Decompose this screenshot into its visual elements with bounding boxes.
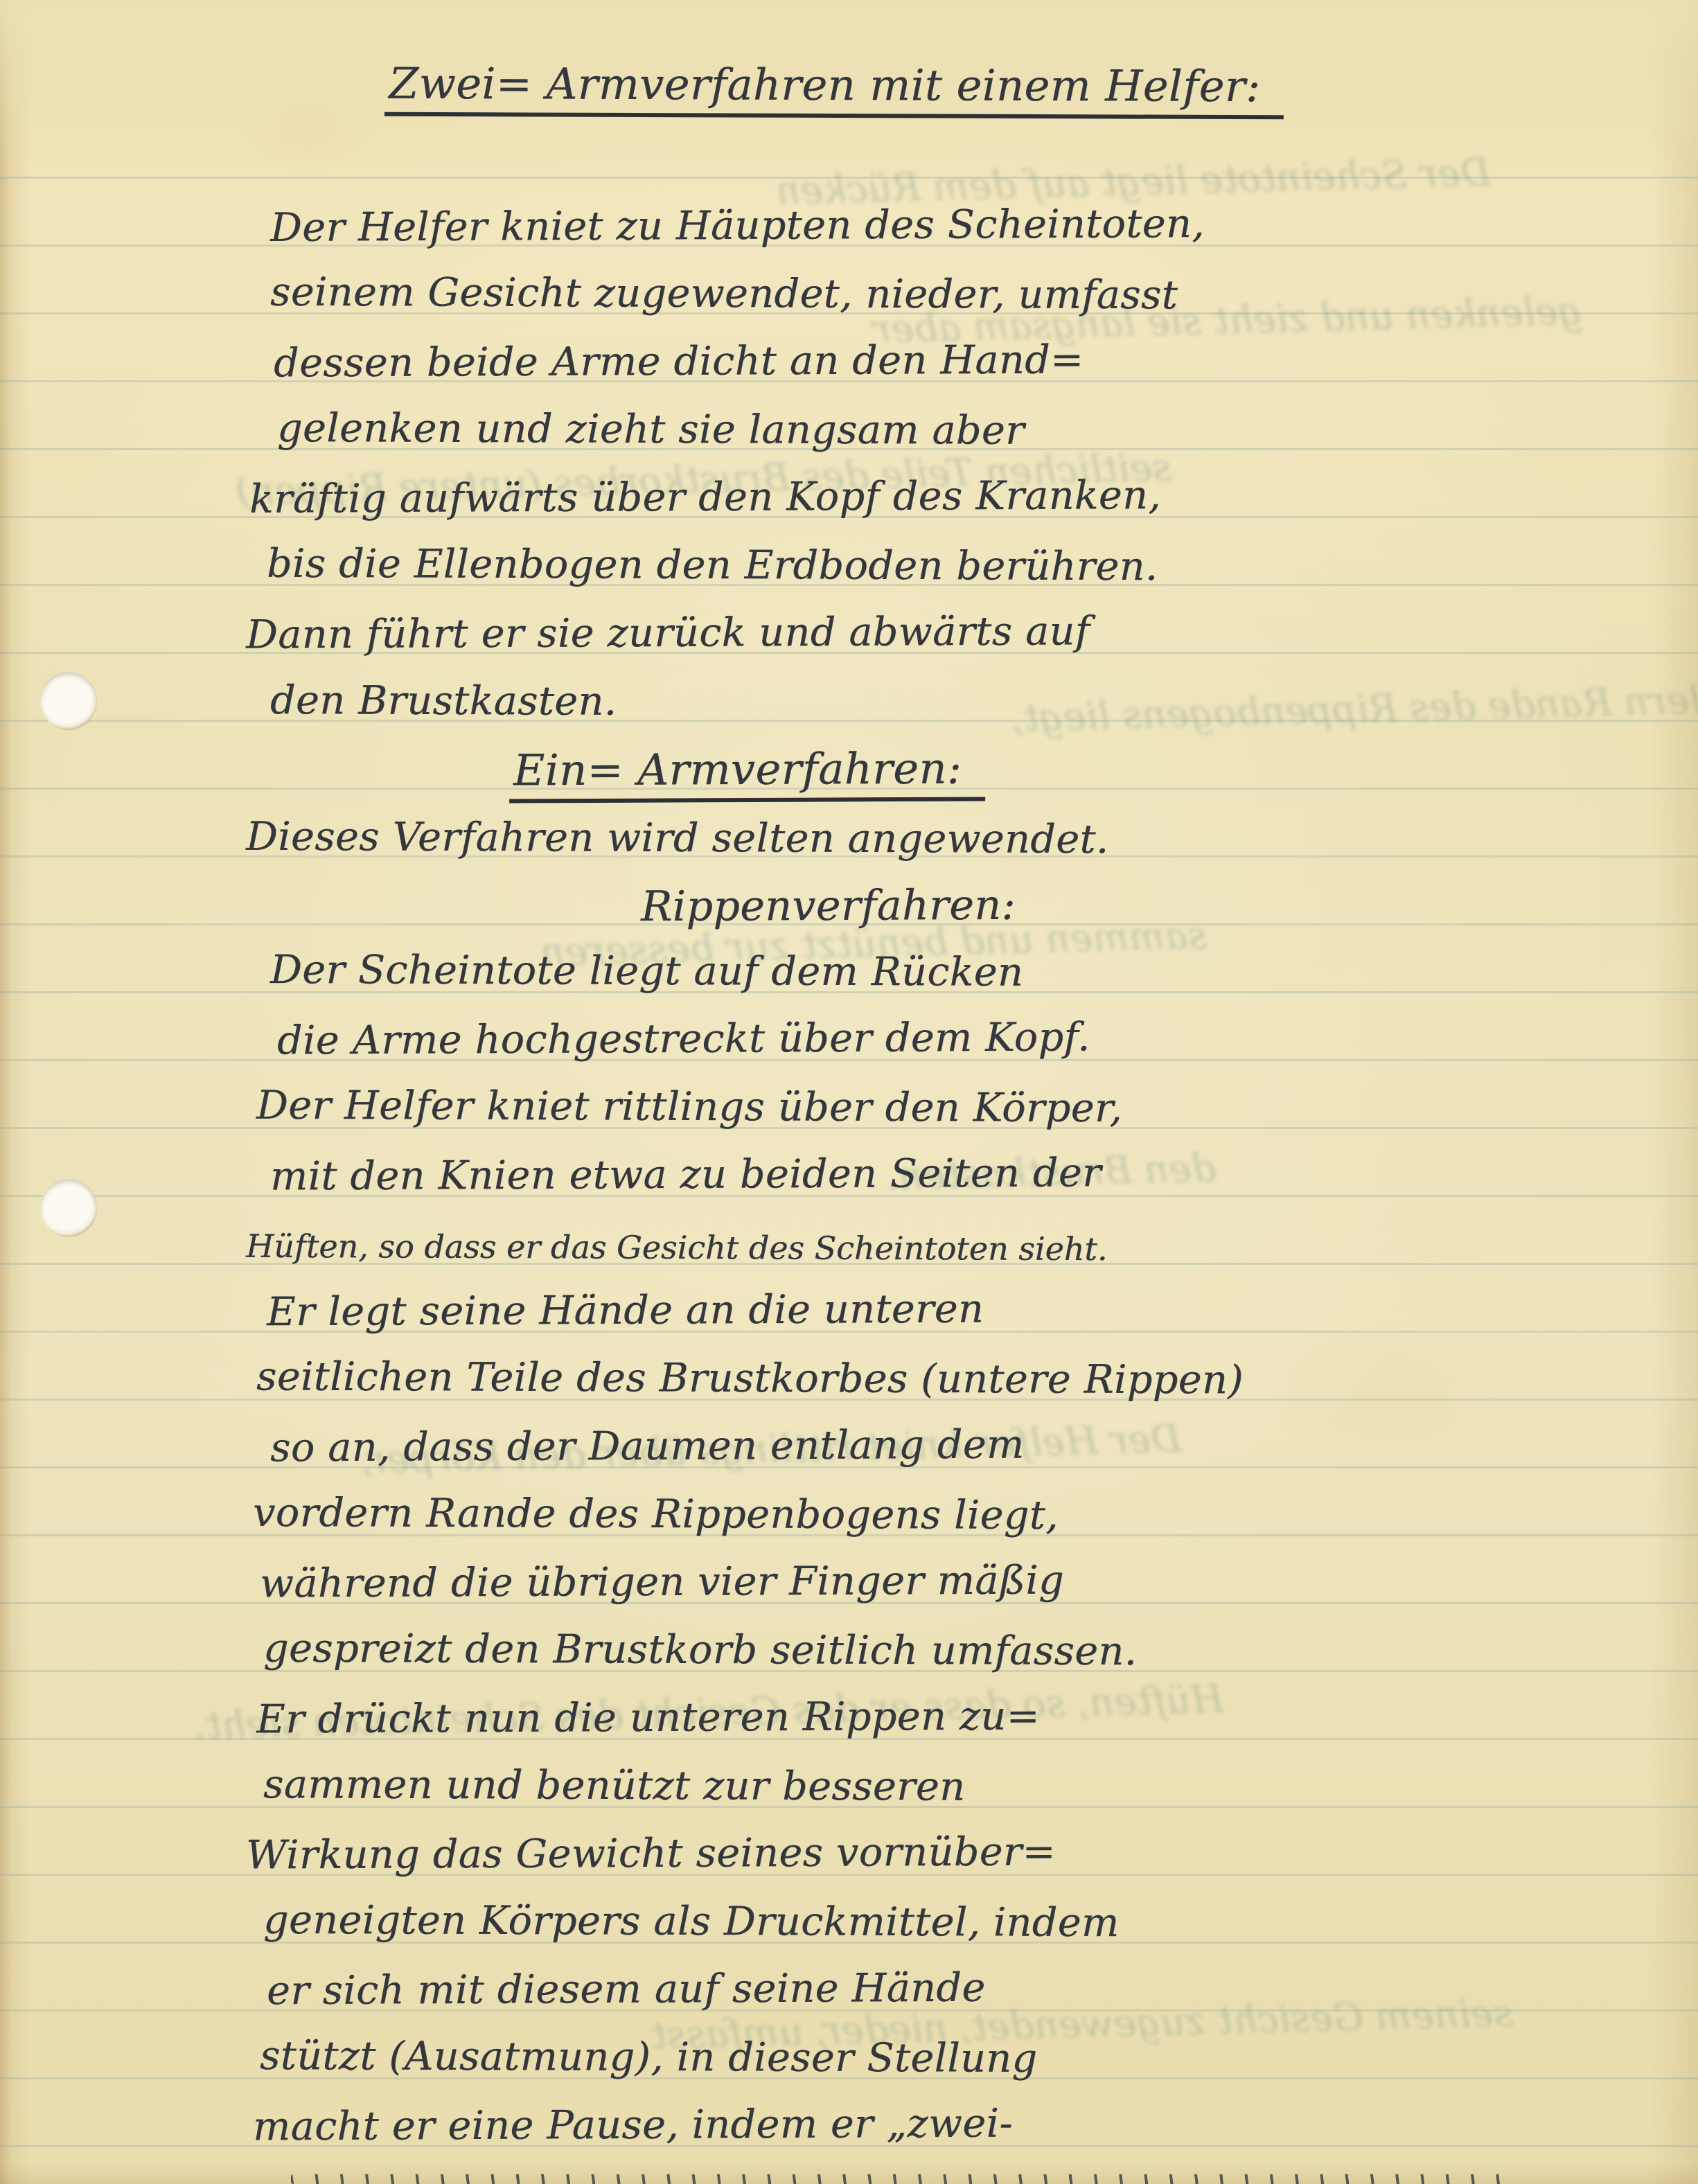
handwritten-line: Dann führt er sie zurück und abwärts auf bbox=[246, 612, 1090, 655]
handwritten-line: seinem Gesicht zugewendet, nieder, umfas… bbox=[270, 273, 1178, 316]
handwritten-line: gespreizt den Brustkorb seitlich umfasse… bbox=[263, 1629, 1137, 1671]
handwritten-line: macht er eine Pause, indem er „zwei- bbox=[253, 2104, 1013, 2147]
handwritten-line: Er legt seine Hände an die unteren bbox=[267, 1290, 984, 1333]
handwritten-line: Wirkung das Gewicht seines vornüber= bbox=[246, 1832, 1056, 1875]
handwritten-line: geneigten Körpers als Druckmittel, indem bbox=[263, 1901, 1120, 1943]
handwritten-line: Dieses Verfahren wird selten angewendet. bbox=[246, 817, 1109, 860]
handwritten-line: dessen beide Arme dicht an den Hand= bbox=[274, 340, 1084, 383]
cut-off-line-strokes bbox=[291, 2174, 1510, 2184]
handwritten-line: Der Helfer kniet zu Häupten des Scheinto… bbox=[270, 204, 1205, 248]
handwritten-line: Der Scheintote liegt auf dem Rücken bbox=[270, 950, 1023, 993]
punch-hole bbox=[40, 1179, 97, 1237]
handwritten-line: stützt (Ausatmung), in dieser Stellung bbox=[260, 2036, 1038, 2079]
section-heading-rippenverfahren: Rippenverfahren: bbox=[641, 885, 1016, 927]
handwritten-line: Hüften, so dass er das Gesicht des Schei… bbox=[246, 1230, 1108, 1265]
handwritten-line: Der Helfer kniet rittlings über den Körp… bbox=[256, 1086, 1122, 1128]
punch-hole bbox=[40, 672, 97, 730]
handwritten-line: seitlichen Teile des Brustkorbes (untere… bbox=[256, 1358, 1244, 1401]
handwritten-line: bis die Ellenbogen den Erdboden berühren… bbox=[267, 544, 1158, 587]
handwritten-line: vordern Rande des Rippenbogens liegt, bbox=[253, 1493, 1059, 1536]
handwritten-line: gelenken und zieht sie langsam aber bbox=[277, 409, 1025, 451]
section-heading-zwei-armverfahren: Zwei= Armverfahren mit einem Helfer: bbox=[384, 62, 1284, 120]
handwritten-line: während die übrigen vier Finger mäßig bbox=[260, 1561, 1064, 1604]
notebook-page: Der Scheintote liegt auf dem Rücken gele… bbox=[0, 0, 1698, 2184]
handwritten-line: Er drückt nun die unteren Rippen zu= bbox=[256, 1697, 1040, 1740]
handwritten-line: so an, dass der Daumen entlang dem bbox=[270, 1426, 1025, 1468]
section-heading-ein-armverfahren: Ein= Armverfahren: bbox=[509, 747, 986, 804]
handwritten-line: er sich mit diesem auf seine Hände bbox=[267, 1969, 986, 2012]
handwritten-line: die Arme hochgestreckt über dem Kopf. bbox=[277, 1018, 1090, 1060]
handwritten-line: mit den Knien etwa zu beiden Seiten der bbox=[270, 1153, 1102, 1196]
handwritten-line: sammen und benützt zur besseren bbox=[263, 1765, 965, 1807]
handwritten-line: kräftig aufwärts über den Kopf des Krank… bbox=[249, 476, 1161, 520]
handwritten-line: den Brustkasten. bbox=[270, 681, 617, 722]
